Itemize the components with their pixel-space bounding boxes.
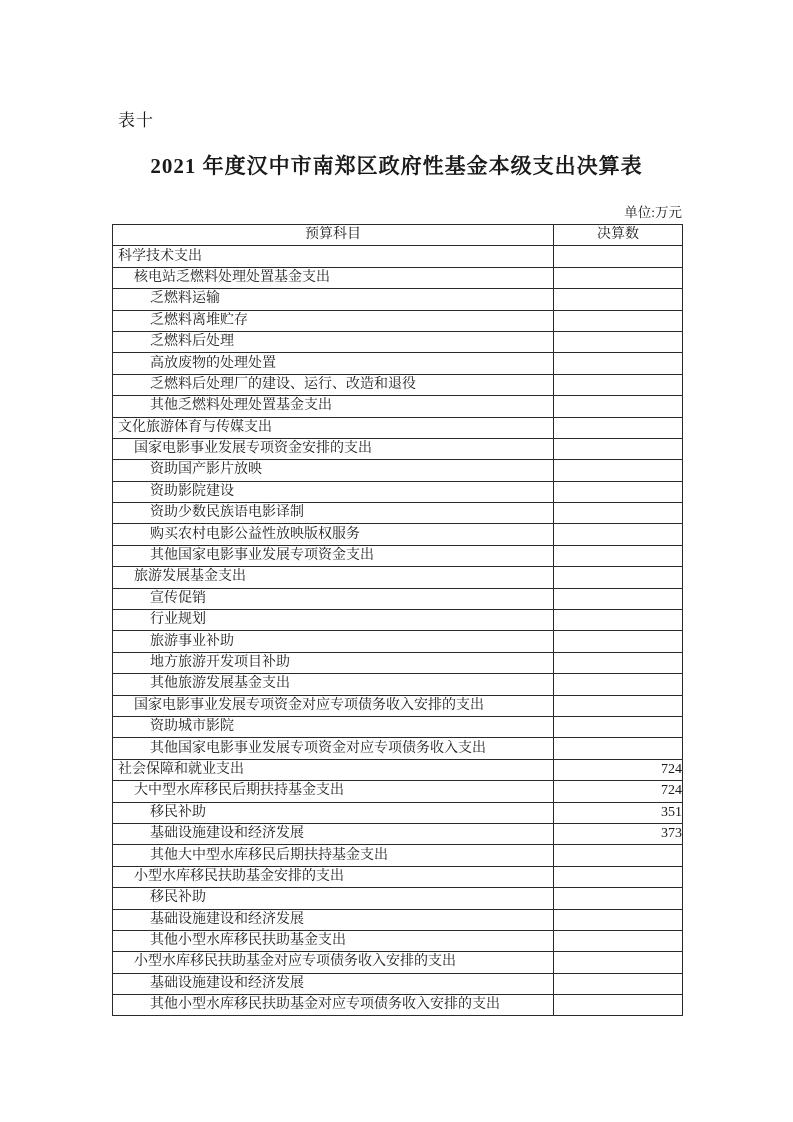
amount-cell [554, 930, 683, 951]
amount-cell [554, 888, 683, 909]
subject-cell: 其他小型水库移民扶助基金支出 [113, 930, 554, 951]
amount-cell: 373 [554, 823, 683, 844]
table-row: 基础设施建设和经济发展373 [113, 823, 683, 844]
subject-cell: 资助影院建设 [113, 481, 554, 502]
table-row: 行业规划 [113, 610, 683, 631]
amount-cell [554, 845, 683, 866]
amount-cell [554, 374, 683, 395]
amount-cell [554, 524, 683, 545]
table-row: 旅游发展基金支出 [113, 567, 683, 588]
column-header-amount: 决算数 [554, 225, 683, 246]
table-row: 基础设施建设和经济发展 [113, 973, 683, 994]
header-row: 预算科目 决算数 [113, 225, 683, 246]
amount-cell [554, 695, 683, 716]
table-row: 其他旅游发展基金支出 [113, 674, 683, 695]
subject-cell: 基础设施建设和经济发展 [113, 909, 554, 930]
amount-cell [554, 289, 683, 310]
amount-cell [554, 331, 683, 352]
table-row: 其他小型水库移民扶助基金支出 [113, 930, 683, 951]
subject-cell: 国家电影事业发展专项资金对应专项债务收入安排的支出 [113, 695, 554, 716]
amount-cell [554, 396, 683, 417]
amount-cell [554, 909, 683, 930]
page-title: 2021 年度汉中市南郑区政府性基金本级支出决算表 [0, 150, 793, 180]
table-number-label: 表十 [118, 106, 154, 131]
amount-cell [554, 995, 683, 1016]
amount-cell [554, 353, 683, 374]
subject-cell: 乏燃料后处理 [113, 331, 554, 352]
table-row: 小型水库移民扶助基金对应专项债务收入安排的支出 [113, 952, 683, 973]
subject-cell: 文化旅游体育与传媒支出 [113, 417, 554, 438]
table-row: 乏燃料离堆贮存 [113, 310, 683, 331]
subject-cell: 其他国家电影事业发展专项资金对应专项债务收入支出 [113, 738, 554, 759]
subject-cell: 其他旅游发展基金支出 [113, 674, 554, 695]
table-row: 高放废物的处理处置 [113, 353, 683, 374]
table-row: 购买农村电影公益性放映版权服务 [113, 524, 683, 545]
table-row: 乏燃料运输 [113, 289, 683, 310]
amount-cell [554, 652, 683, 673]
table-row: 文化旅游体育与传媒支出 [113, 417, 683, 438]
subject-cell: 科学技术支出 [113, 246, 554, 267]
subject-cell: 资助少数民族语电影译制 [113, 503, 554, 524]
subject-cell: 乏燃料运输 [113, 289, 554, 310]
subject-cell: 购买农村电影公益性放映版权服务 [113, 524, 554, 545]
subject-cell: 其他国家电影事业发展专项资金支出 [113, 545, 554, 566]
table-row: 其他大中型水库移民后期扶持基金支出 [113, 845, 683, 866]
subject-cell: 其他大中型水库移民后期扶持基金支出 [113, 845, 554, 866]
amount-cell [554, 481, 683, 502]
subject-cell: 小型水库移民扶助基金对应专项债务收入安排的支出 [113, 952, 554, 973]
amount-cell [554, 952, 683, 973]
column-header-subject: 预算科目 [113, 225, 554, 246]
amount-cell [554, 674, 683, 695]
table-row: 国家电影事业发展专项资金对应专项债务收入安排的支出 [113, 695, 683, 716]
subject-cell: 基础设施建设和经济发展 [113, 973, 554, 994]
unit-note: 单位:万元 [624, 201, 682, 221]
subject-cell: 行业规划 [113, 610, 554, 631]
subject-cell: 国家电影事业发展专项资金安排的支出 [113, 438, 554, 459]
amount-cell [554, 866, 683, 887]
table-row: 旅游事业补助 [113, 631, 683, 652]
table-row: 科学技术支出 [113, 246, 683, 267]
amount-cell: 724 [554, 781, 683, 802]
subject-cell: 高放废物的处理处置 [113, 353, 554, 374]
subject-cell: 旅游发展基金支出 [113, 567, 554, 588]
amount-cell [554, 460, 683, 481]
table-row: 其他小型水库移民扶助基金对应专项债务收入安排的支出 [113, 995, 683, 1016]
subject-cell: 小型水库移民扶助基金安排的支出 [113, 866, 554, 887]
amount-cell: 351 [554, 802, 683, 823]
table-body: 科学技术支出核电站乏燃料处理处置基金支出乏燃料运输乏燃料离堆贮存乏燃料后处理高放… [113, 246, 683, 1016]
table-row: 大中型水库移民后期扶持基金支出724 [113, 781, 683, 802]
table-row: 其他国家电影事业发展专项资金支出 [113, 545, 683, 566]
document-page: 表十 2021 年度汉中市南郑区政府性基金本级支出决算表 单位:万元 预算科目 … [0, 0, 793, 1122]
amount-cell [554, 545, 683, 566]
budget-table: 预算科目 决算数 科学技术支出核电站乏燃料处理处置基金支出乏燃料运输乏燃料离堆贮… [112, 224, 683, 1016]
amount-cell [554, 716, 683, 737]
subject-cell: 旅游事业补助 [113, 631, 554, 652]
amount-cell [554, 610, 683, 631]
subject-cell: 社会保障和就业支出 [113, 759, 554, 780]
amount-cell [554, 738, 683, 759]
table-row: 资助国产影片放映 [113, 460, 683, 481]
table-row: 资助城市影院 [113, 716, 683, 737]
subject-cell: 基础设施建设和经济发展 [113, 823, 554, 844]
table-row: 资助少数民族语电影译制 [113, 503, 683, 524]
subject-cell: 地方旅游开发项目补助 [113, 652, 554, 673]
amount-cell [554, 417, 683, 438]
table-row: 乏燃料后处理厂的建设、运行、改造和退役 [113, 374, 683, 395]
subject-cell: 乏燃料后处理厂的建设、运行、改造和退役 [113, 374, 554, 395]
amount-cell [554, 267, 683, 288]
amount-cell [554, 310, 683, 331]
subject-cell: 核电站乏燃料处理处置基金支出 [113, 267, 554, 288]
table-row: 国家电影事业发展专项资金安排的支出 [113, 438, 683, 459]
table-row: 宣传促销 [113, 588, 683, 609]
subject-cell: 资助国产影片放映 [113, 460, 554, 481]
subject-cell: 大中型水库移民后期扶持基金支出 [113, 781, 554, 802]
table-row: 移民补助351 [113, 802, 683, 823]
subject-cell: 其他小型水库移民扶助基金对应专项债务收入安排的支出 [113, 995, 554, 1016]
subject-cell: 宣传促销 [113, 588, 554, 609]
table-header: 预算科目 决算数 [113, 225, 683, 246]
table-row: 资助影院建设 [113, 481, 683, 502]
subject-cell: 资助城市影院 [113, 716, 554, 737]
table-row: 核电站乏燃料处理处置基金支出 [113, 267, 683, 288]
subject-cell: 乏燃料离堆贮存 [113, 310, 554, 331]
table-row: 乏燃料后处理 [113, 331, 683, 352]
amount-cell [554, 503, 683, 524]
amount-cell [554, 631, 683, 652]
subject-cell: 其他乏燃料处理处置基金支出 [113, 396, 554, 417]
table-row: 社会保障和就业支出724 [113, 759, 683, 780]
amount-cell [554, 973, 683, 994]
subject-cell: 移民补助 [113, 802, 554, 823]
amount-cell [554, 246, 683, 267]
amount-cell [554, 438, 683, 459]
table-row: 其他乏燃料处理处置基金支出 [113, 396, 683, 417]
table-row: 基础设施建设和经济发展 [113, 909, 683, 930]
subject-cell: 移民补助 [113, 888, 554, 909]
table-row: 其他国家电影事业发展专项资金对应专项债务收入支出 [113, 738, 683, 759]
amount-cell [554, 588, 683, 609]
table-row: 小型水库移民扶助基金安排的支出 [113, 866, 683, 887]
table-row: 地方旅游开发项目补助 [113, 652, 683, 673]
amount-cell [554, 567, 683, 588]
table-row: 移民补助 [113, 888, 683, 909]
amount-cell: 724 [554, 759, 683, 780]
